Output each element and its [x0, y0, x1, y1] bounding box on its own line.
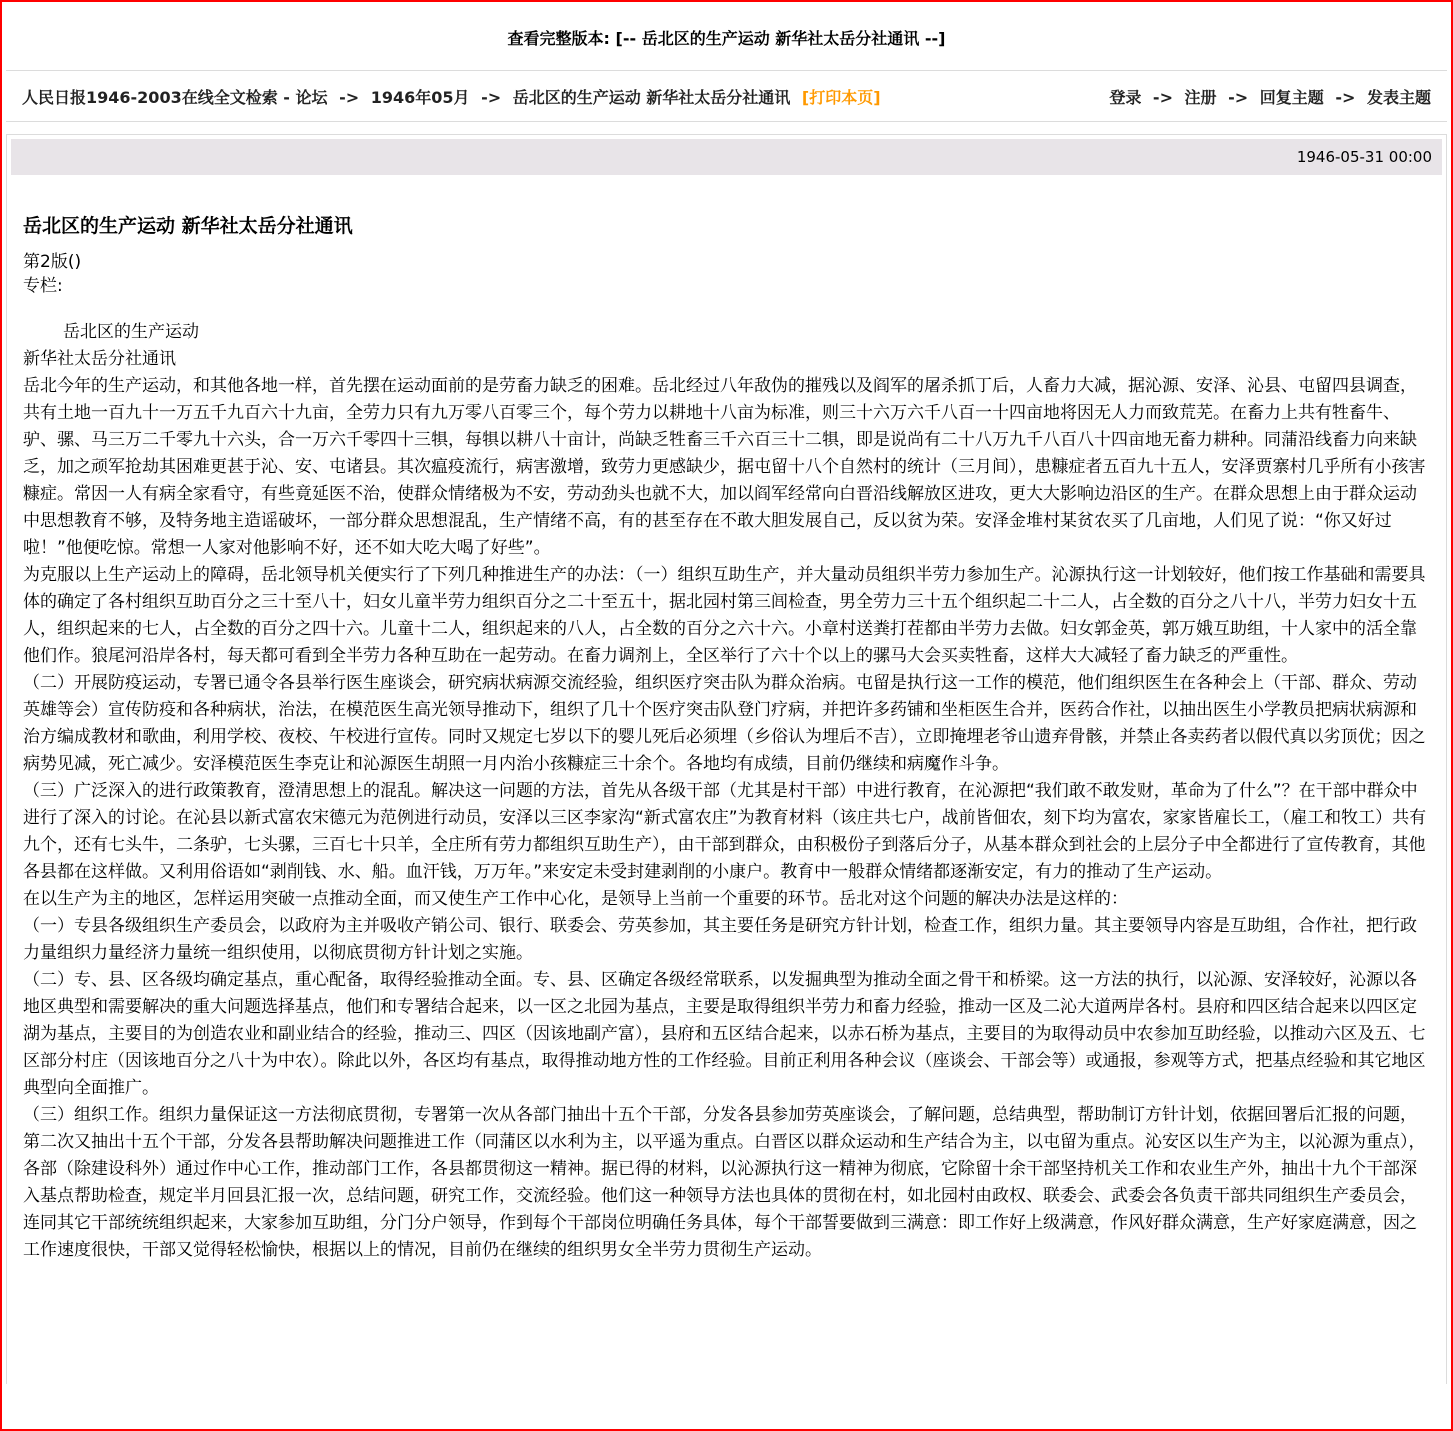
paragraph: （三）广泛深入的进行政策教育，澄清思想上的混乱。解决这一问题的方法，首先从各级干…: [23, 778, 1430, 886]
navigation-bar: 人民日报1946-2003在线全文检索 - 论坛 -> 1946年05月 -> …: [6, 70, 1447, 122]
full-version-label: 查看完整版本:: [508, 29, 616, 48]
paragraph: （一）专县各级组织生产委员会，以政府为主并吸收产销公司、银行、联委会、劳英参加，…: [23, 913, 1430, 967]
article-subtitle: 岳北区的生产运动: [23, 319, 1430, 346]
column-label: 专栏:: [23, 274, 1430, 298]
post-date: 1946-05-31 00:00: [1297, 148, 1432, 166]
full-version-link[interactable]: [-- 岳北区的生产运动 新华社太岳分社通讯 --]: [616, 29, 946, 48]
paragraph: （二）专、县、区各级均确定基点，重心配备，取得经验推动全面。专、县、区确定各级经…: [23, 967, 1430, 1102]
action-separator: ->: [1335, 88, 1355, 107]
article-body: 岳北区的生产运动 新华社太岳分社通讯 岳北今年的生产运动，和其他各地一样，首先摆…: [23, 319, 1430, 1264]
paragraph: 为克服以上生产运动上的障碍，岳北领导机关便实行了下列几种推进生产的办法：（一）组…: [23, 562, 1430, 670]
paragraph: （三）组织工作。组织力量保证这一方法彻底贯彻，专署第一次从各部门抽出十五个干部，…: [23, 1102, 1430, 1264]
article-meta: 第2版() 专栏:: [23, 250, 1430, 298]
paragraph: （二）开展防疫运动，专署已通令各县举行医生座谈会，研究病状病源交流经验，组织医疗…: [23, 670, 1430, 778]
breadcrumb-forum-home[interactable]: 人民日报1946-2003在线全文检索 - 论坛: [22, 88, 328, 107]
reply-topic-link[interactable]: 回复主题: [1260, 88, 1324, 107]
user-actions: 登录 -> 注册 -> 回复主题 -> 发表主题: [1109, 85, 1431, 108]
article-title: 岳北区的生产运动 新华社太岳分社通讯: [23, 211, 1430, 238]
login-link[interactable]: 登录: [1109, 88, 1141, 107]
breadcrumb-separator: ->: [339, 88, 359, 107]
breadcrumb-month[interactable]: 1946年05月: [371, 88, 470, 107]
breadcrumb: 人民日报1946-2003在线全文检索 - 论坛 -> 1946年05月 -> …: [22, 85, 881, 108]
action-separator: ->: [1228, 88, 1248, 107]
post-container: 1946-05-31 00:00 岳北区的生产运动 新华社太岳分社通讯 第2版(…: [6, 134, 1447, 1384]
article: 岳北区的生产运动 新华社太岳分社通讯 第2版() 专栏: 岳北区的生产运动 新华…: [11, 211, 1442, 1264]
register-link[interactable]: 注册: [1185, 88, 1217, 107]
paragraph: 岳北今年的生产运动，和其他各地一样，首先摆在运动面前的是劳畜力缺乏的困难。岳北经…: [23, 373, 1430, 562]
post-date-bar: 1946-05-31 00:00: [11, 139, 1442, 175]
full-version-header: 查看完整版本: [-- 岳北区的生产运动 新华社太岳分社通讯 --]: [2, 2, 1451, 70]
new-topic-link[interactable]: 发表主题: [1367, 88, 1431, 107]
breadcrumb-topic[interactable]: 岳北区的生产运动 新华社太岳分社通讯: [513, 88, 791, 107]
breadcrumb-separator: ->: [481, 88, 501, 107]
action-separator: ->: [1153, 88, 1173, 107]
edition-label: 第2版(): [23, 250, 1430, 274]
paragraph: 在以生产为主的地区，怎样运用突破一点推动全面，而又使生产工作中心化，是领导上当前…: [23, 886, 1430, 913]
print-page-link[interactable]: [打印本页]: [802, 88, 881, 107]
article-byline: 新华社太岳分社通讯: [23, 346, 1430, 373]
